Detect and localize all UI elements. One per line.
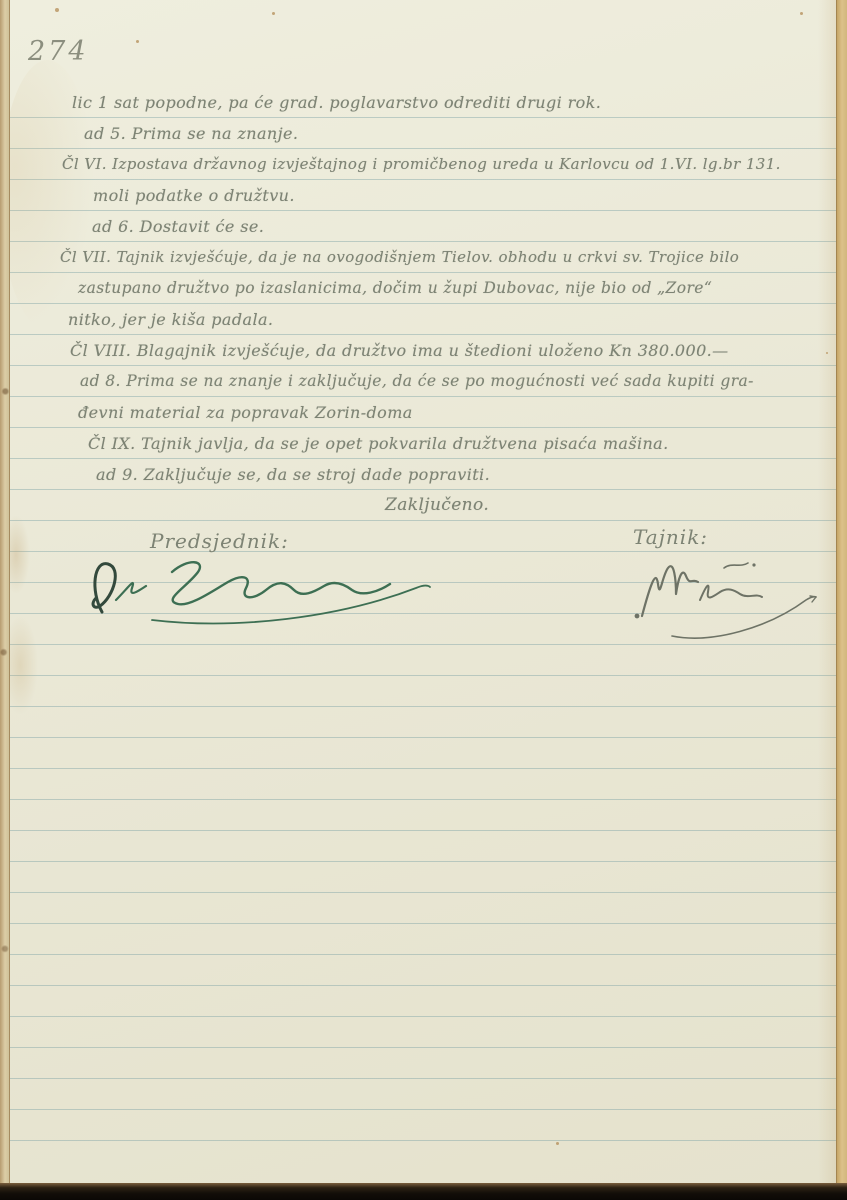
handwritten-line: nitko, jer je kiša padala. — [68, 312, 273, 328]
handwritten-line: lic 1 sat popodne, pa će grad. poglavars… — [72, 95, 601, 111]
secretary-label: Tajnik: — [633, 527, 708, 547]
handwritten-line: ad 6. Dostavit će se. — [92, 219, 264, 235]
page-curl-shadow — [818, 0, 836, 1186]
handwritten-line: ad 5. Prima se na znanje. — [84, 126, 298, 142]
handwritten-line: đevni material za popravak Zorin-doma — [78, 405, 413, 421]
book-cover-edge — [0, 1183, 847, 1200]
scanned-manuscript-page: 274 lic 1 sat popodne, pa će grad. pogla… — [0, 0, 847, 1200]
handwritten-line: ad 9. Zaključuje se, da se stroj dade po… — [96, 467, 490, 483]
handwritten-line: Čl VII. Tajnik izvješćuje, da je na ovog… — [60, 250, 739, 265]
handwritten-line: zastupano družtvo po izaslanicima, dočim… — [78, 281, 712, 297]
secretary-signature — [628, 556, 823, 648]
closing-word: Zaključeno. — [385, 497, 489, 514]
paper-speck — [556, 1142, 559, 1145]
page-number: 274 — [28, 36, 89, 67]
paper-speck — [136, 40, 139, 43]
paper-speck — [800, 12, 803, 15]
paper-sheet: 274 lic 1 sat popodne, pa će grad. pogla… — [0, 0, 847, 1186]
handwritten-line: Čl VIII. Blagajnik izvješćuje, da družtv… — [70, 343, 729, 359]
paper-speck — [272, 12, 275, 15]
paper-speck — [55, 8, 59, 12]
handwritten-line: Čl VI. Izpostava državnog izvještajnog i… — [62, 157, 781, 172]
handwritten-line: Čl IX. Tajnik javlja, da se je opet pokv… — [88, 436, 669, 452]
handwritten-line: moli podatke o družtvu. — [93, 188, 295, 204]
binding-torn-edge — [0, 0, 10, 1186]
page-stack-edge — [836, 0, 847, 1186]
president-signature — [86, 548, 436, 643]
handwritten-line: ad 8. Prima se na znanje i zaključuje, d… — [80, 374, 754, 390]
